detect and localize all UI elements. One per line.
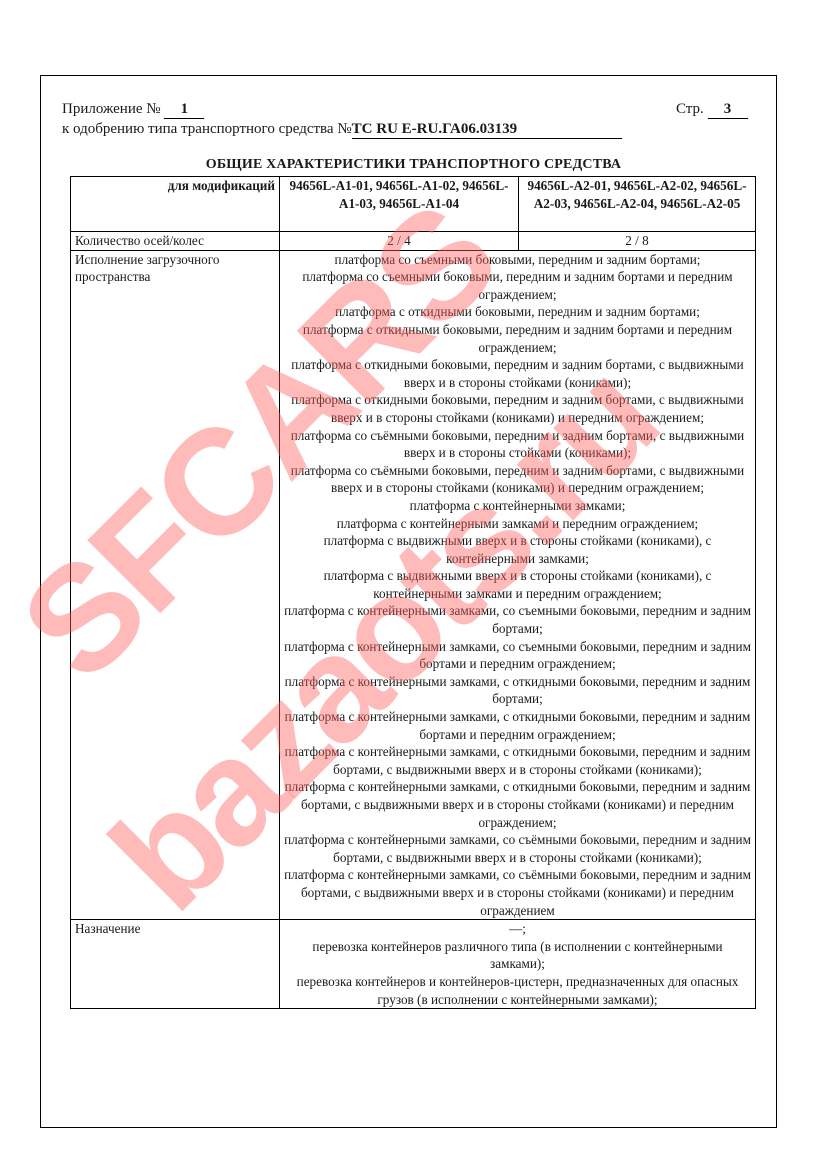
table-header-row: для модификаций 94656L-A1-01, 94656L-A1-…	[71, 177, 756, 232]
list-item: платформа с контейнерными замками, со съ…	[284, 602, 751, 637]
axles-col1: 2 / 4	[280, 232, 519, 251]
list-item: платформа с контейнерными замками, со съ…	[284, 831, 751, 866]
list-item: платформа с контейнерными замками и пере…	[284, 515, 751, 533]
list-item: платформа с выдвижными вверх и в стороны…	[284, 532, 751, 567]
list-item: платформа с контейнерными замками, с отк…	[284, 743, 751, 778]
purpose-label: Назначение	[71, 920, 280, 1009]
list-item: платформа с выдвижными вверх и в стороны…	[284, 567, 751, 602]
appendix-line: Приложение № 1	[62, 101, 204, 119]
document-title: ОБЩИЕ ХАРАКТЕРИСТИКИ ТРАНСПОРТНОГО СРЕДС…	[0, 157, 827, 173]
cargo-label: Исполнение загрузочного пространства	[71, 250, 280, 920]
cargo-values: платформа со съемными боковыми, передним…	[280, 250, 756, 920]
table-row-cargo: Исполнение загрузочного пространства пла…	[71, 250, 756, 920]
modifications-col1: 94656L-A1-01, 94656L-A1-02, 94656L-A1-03…	[280, 177, 519, 232]
list-item: перевозка контейнеров различного типа (в…	[284, 938, 751, 973]
list-item: платформа с откидными боковыми, передним…	[284, 391, 751, 426]
page-label: Стр.	[676, 101, 704, 117]
list-item: платформа с откидными боковыми, передним…	[284, 303, 751, 321]
approval-number: TC RU E-RU.ГА06.03139	[352, 121, 622, 139]
table-row-purpose: Назначение —;перевозка контейнеров разли…	[71, 920, 756, 1009]
list-item: платформа со съемными боковыми, передним…	[284, 251, 751, 269]
list-item: платформа со съемными боковыми, передним…	[284, 268, 751, 303]
list-item: платформа с контейнерными замками, со съ…	[284, 638, 751, 673]
approval-line: к одобрению типа транспортного средства …	[62, 121, 622, 139]
modifications-label: для модификаций	[71, 177, 280, 232]
purpose-values: —;перевозка контейнеров различного типа …	[280, 920, 756, 1009]
list-item: платформа с контейнерными замками, с отк…	[284, 708, 751, 743]
page-number: 3	[708, 101, 748, 119]
list-item: платформа со съёмными боковыми, передним…	[284, 427, 751, 462]
appendix-label: Приложение №	[62, 101, 161, 117]
list-item: платформа с контейнерными замками, с отк…	[284, 778, 751, 831]
page-indicator: Стр. 3	[676, 101, 748, 119]
approval-label: к одобрению типа транспортного средства …	[62, 121, 352, 137]
modifications-col2: 94656L-A2-01, 94656L-A2-02, 94656L-A2-03…	[519, 177, 756, 232]
list-item: платформа с откидными боковыми, передним…	[284, 321, 751, 356]
list-item: платформа с контейнерными замками;	[284, 497, 751, 515]
list-item: платформа с контейнерными замками, с отк…	[284, 673, 751, 708]
list-item: перевозка контейнеров и контейнеров-цист…	[284, 973, 751, 1008]
list-item: —;	[284, 920, 751, 938]
axles-label: Количество осей/колес	[71, 232, 280, 251]
list-item: платформа со съёмными боковыми, передним…	[284, 462, 751, 497]
list-item: платформа с контейнерными замками, со съ…	[284, 866, 751, 919]
axles-col2: 2 / 8	[519, 232, 756, 251]
table-row-axles: Количество осей/колес 2 / 4 2 / 8	[71, 232, 756, 251]
characteristics-table: для модификаций 94656L-A1-01, 94656L-A1-…	[70, 176, 756, 1009]
list-item: платформа с откидными боковыми, передним…	[284, 356, 751, 391]
appendix-number: 1	[164, 101, 204, 119]
